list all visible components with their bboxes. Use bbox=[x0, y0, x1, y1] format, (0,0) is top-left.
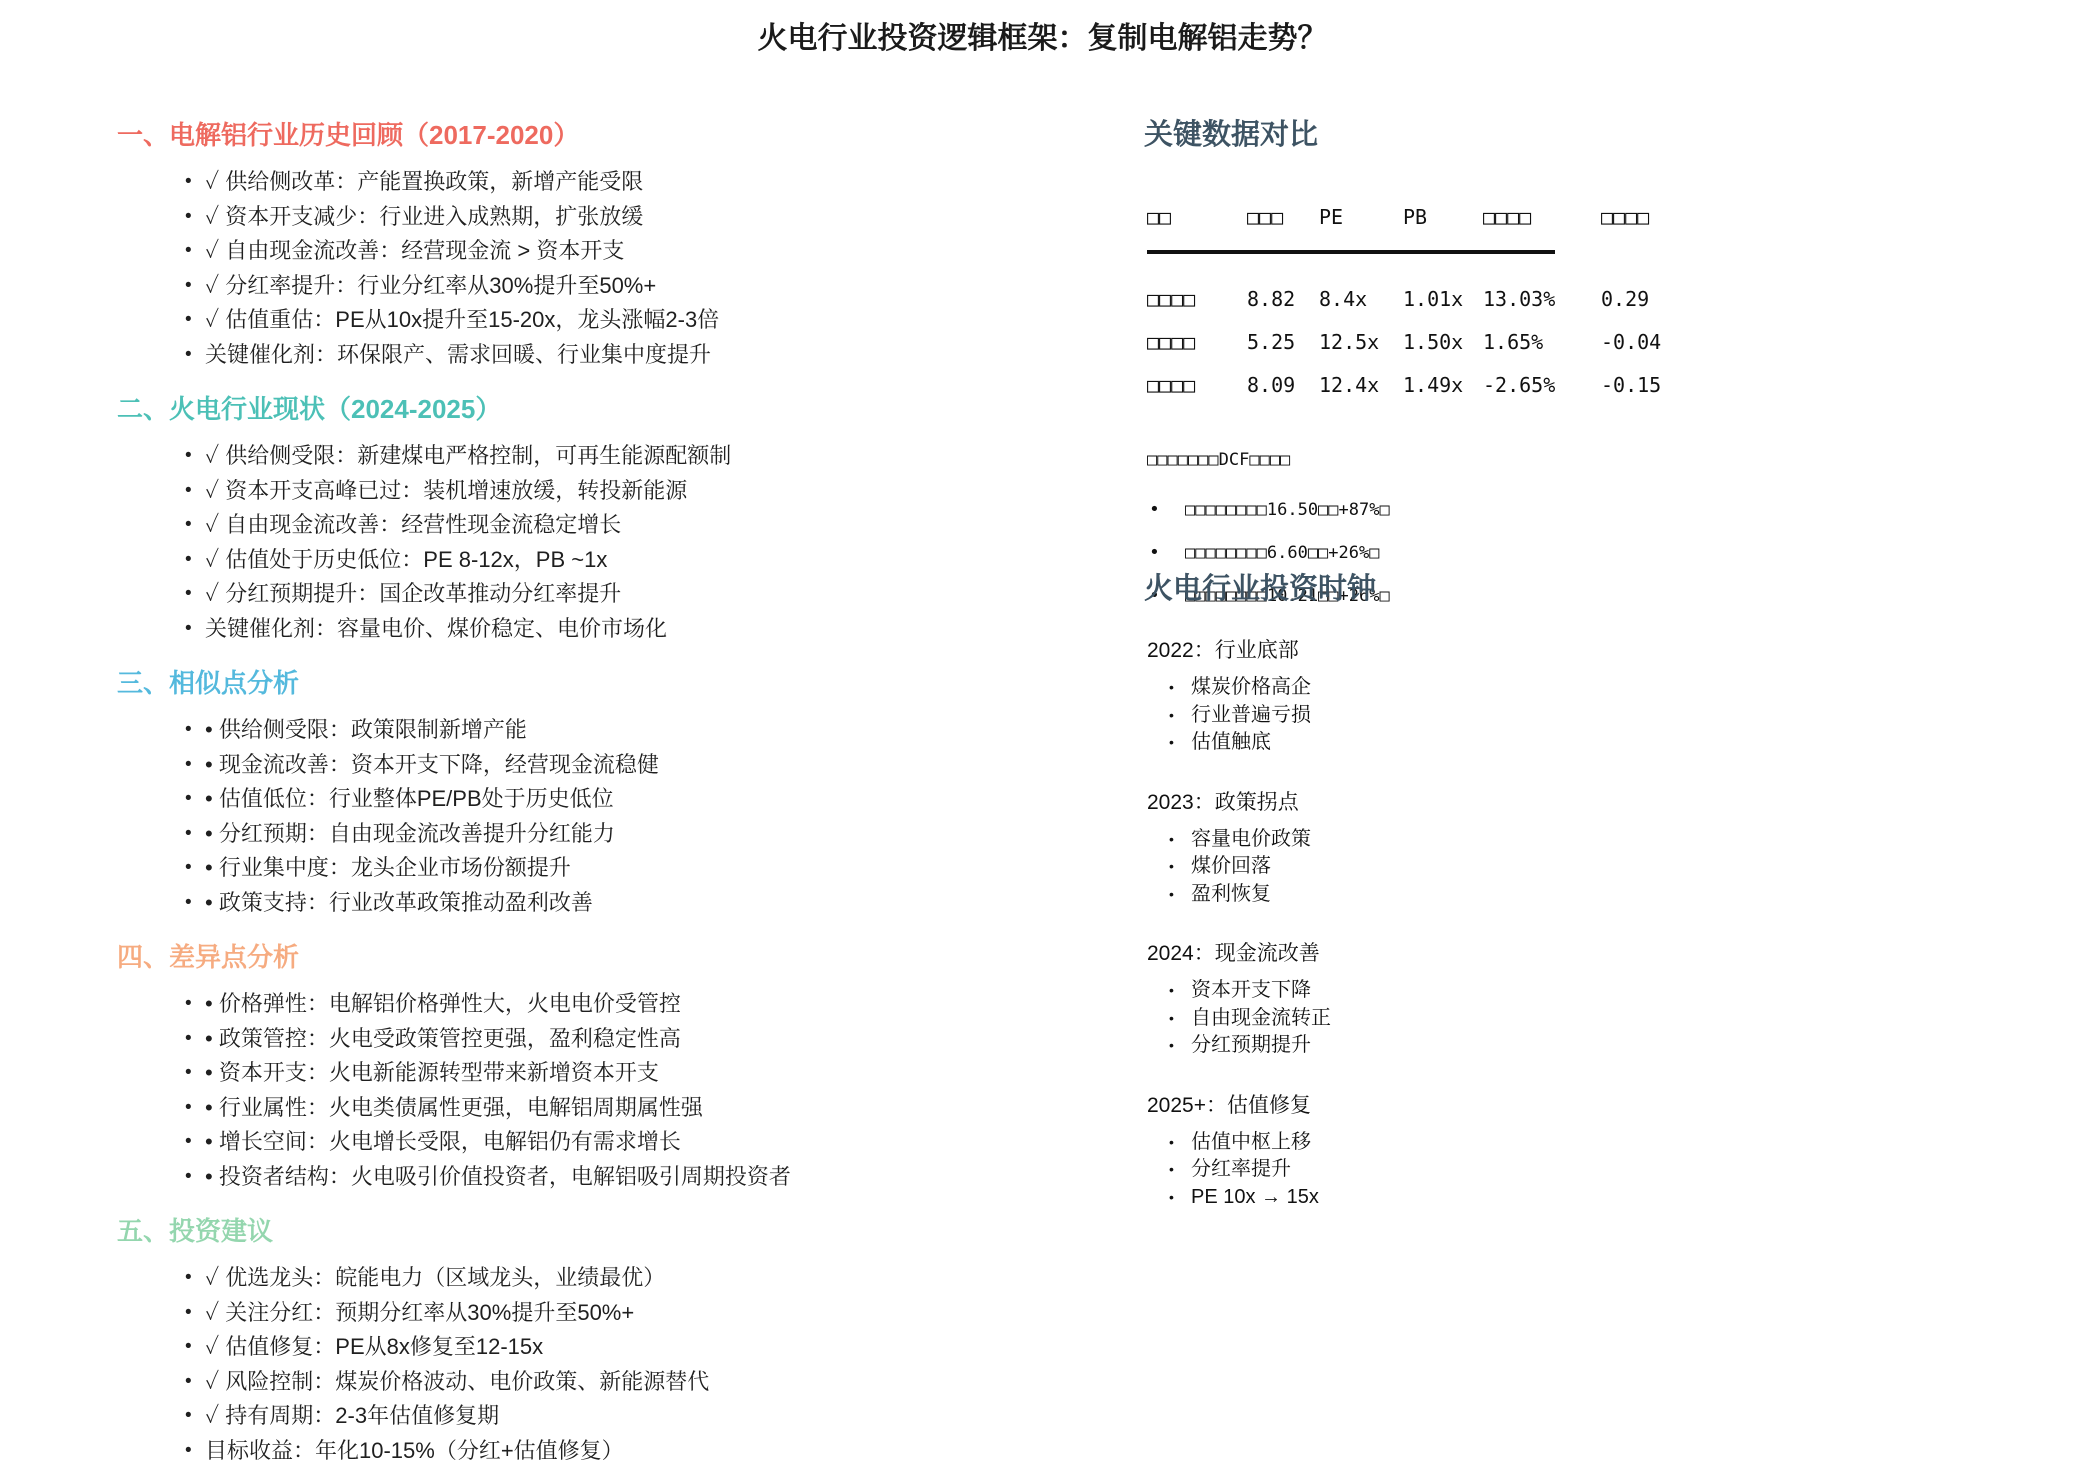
phase-item: 资本开支下降 bbox=[1147, 977, 1331, 1005]
phase-item: 煤炭价格高企 bbox=[1147, 674, 1331, 702]
table-cell: 8.82 bbox=[1247, 286, 1319, 312]
table-cell: -0.15 bbox=[1601, 372, 1691, 398]
table-header-cell: PB bbox=[1403, 204, 1483, 230]
list-item: • 政策管控：火电受政策管控更强，盈利稳定性高 bbox=[117, 1022, 1097, 1057]
phase-year: 2022：行业底部 bbox=[1147, 638, 1331, 664]
phase-item: 煤价回落 bbox=[1147, 853, 1331, 881]
list-item: ✓ 自由现金流改善：经营现金流 > 资本开支 bbox=[117, 234, 1097, 269]
list-item: • 行业属性：火电类债属性更强，电解铝周期属性强 bbox=[117, 1091, 1097, 1126]
section-list: ✓ 供给侧受限：新建煤电严格控制，可再生能源配额制 ✓ 资本开支高峰已过：装机增… bbox=[117, 439, 1097, 646]
table-cell: 12.4x bbox=[1319, 372, 1403, 398]
section-heading: 一、电解铝行业历史回顾（2017-2020） bbox=[117, 120, 1097, 151]
table-cell: 12.5x bbox=[1319, 329, 1403, 355]
dcf-item: □□□□□□□□16.50□□+87%□ bbox=[1147, 498, 1390, 522]
table-body: □□□□ 8.82 8.4x 1.01x 13.03% 0.29 □□□□ 5.… bbox=[1147, 286, 1691, 398]
table-cell: -0.04 bbox=[1601, 329, 1691, 355]
list-item: 关键催化剂：环保限产、需求回暖、行业集中度提升 bbox=[117, 338, 1097, 373]
table-cell: 1.65% bbox=[1483, 329, 1601, 355]
phase-item: 容量电价政策 bbox=[1147, 826, 1331, 854]
section-similarities: 三、相似点分析 • 供给侧受限：政策限制新增产能 • 现金流改善：资本开支下降，… bbox=[117, 668, 1097, 920]
investment-clock-heading: 火电行业投资时钟 bbox=[1144, 566, 1376, 607]
section-heading: 二、火电行业现状（2024-2025） bbox=[117, 394, 1097, 425]
table-header-cell: □□□ bbox=[1247, 204, 1319, 230]
section-list: • 供给侧受限：政策限制新增产能 • 现金流改善：资本开支下降，经营现金流稳健 … bbox=[117, 713, 1097, 920]
phase-item: 估值触底 bbox=[1147, 729, 1331, 757]
list-item: ✓ 估值重估：PE从10x提升至15-20x，龙头涨幅2-3倍 bbox=[117, 303, 1097, 338]
list-item: • 投资者结构：火电吸引价值投资者，电解铝吸引周期投资者 bbox=[117, 1160, 1097, 1195]
table-header-row: □□ □□□ PE PB □□□□ □□□□ bbox=[1147, 204, 1691, 230]
list-item: ✓ 风险控制：煤炭价格波动、电价政策、新能源替代 bbox=[117, 1365, 1097, 1400]
section-heading: 三、相似点分析 bbox=[117, 668, 1097, 699]
list-item: ✓ 供给侧改革：产能置换政策，新增产能受限 bbox=[117, 165, 1097, 200]
section-thermal-status: 二、火电行业现状（2024-2025） ✓ 供给侧受限：新建煤电严格控制，可再生… bbox=[117, 394, 1097, 646]
phase-item: 估值中枢上移 bbox=[1147, 1129, 1331, 1157]
dcf-title: □□□□□□□DCF□□□□ bbox=[1147, 448, 1390, 472]
phase-year: 2025+：估值修复 bbox=[1147, 1093, 1331, 1119]
section-list: ✓ 优选龙头：皖能电力（区域龙头，业绩最优） ✓ 关注分红：预期分红率从30%提… bbox=[117, 1261, 1097, 1468]
phase-item: PE 10x → 15x bbox=[1147, 1184, 1331, 1212]
outline-column: 一、电解铝行业历史回顾（2017-2020） ✓ 供给侧改革：产能置换政策，新增… bbox=[117, 120, 1097, 1484]
timeline-phase-2025: 2025+：估值修复 估值中枢上移 分红率提升 PE 10x → 15x bbox=[1147, 1093, 1331, 1212]
table-cell: 1.50x bbox=[1403, 329, 1483, 355]
list-item: • 资本开支：火电新能源转型带来新增资本开支 bbox=[117, 1056, 1097, 1091]
table-header-cell: PE bbox=[1319, 204, 1403, 230]
table-header-cell: □□□□ bbox=[1483, 204, 1601, 230]
table-cell: □□□□ bbox=[1147, 286, 1247, 312]
phase-item: 分红率提升 bbox=[1147, 1156, 1331, 1184]
timeline-phase-2022: 2022：行业底部 煤炭价格高企 行业普遍亏损 估值触底 bbox=[1147, 638, 1331, 757]
table-row: □□□□ 5.25 12.5x 1.50x 1.65% -0.04 bbox=[1147, 329, 1691, 355]
list-item: ✓ 资本开支减少：行业进入成熟期，扩张放缓 bbox=[117, 200, 1097, 235]
list-item: • 价格弹性：电解铝价格弹性大，火电电价受管控 bbox=[117, 987, 1097, 1022]
table-cell: 0.29 bbox=[1601, 286, 1691, 312]
section-list: • 价格弹性：电解铝价格弹性大，火电电价受管控 • 政策管控：火电受政策管控更强… bbox=[117, 987, 1097, 1194]
timeline-phase-2024: 2024：现金流改善 资本开支下降 自由现金流转正 分红预期提升 bbox=[1147, 941, 1331, 1060]
phase-list: 容量电价政策 煤价回落 盈利恢复 bbox=[1147, 826, 1331, 909]
table-row: □□□□ 8.82 8.4x 1.01x 13.03% 0.29 bbox=[1147, 286, 1691, 312]
section-differences: 四、差异点分析 • 价格弹性：电解铝价格弹性大，火电电价受管控 • 政策管控：火… bbox=[117, 942, 1097, 1194]
list-item: • 行业集中度：龙头企业市场份额提升 bbox=[117, 851, 1097, 886]
phase-year: 2024：现金流改善 bbox=[1147, 941, 1331, 967]
timeline-phase-2023: 2023：政策拐点 容量电价政策 煤价回落 盈利恢复 bbox=[1147, 790, 1331, 909]
list-item: ✓ 分红率提升：行业分红率从30%提升至50%+ bbox=[117, 269, 1097, 304]
list-item: ✓ 优选龙头：皖能电力（区域龙头，业绩最优） bbox=[117, 1261, 1097, 1296]
list-item: ✓ 供给侧受限：新建煤电严格控制，可再生能源配额制 bbox=[117, 439, 1097, 474]
table-cell: 1.01x bbox=[1403, 286, 1483, 312]
list-item: ✓ 资本开支高峰已过：装机增速放缓，转投新能源 bbox=[117, 474, 1097, 509]
list-item: ✓ 分红预期提升：国企改革推动分红率提升 bbox=[117, 577, 1097, 612]
phase-item: 行业普遍亏损 bbox=[1147, 702, 1331, 730]
list-item: 关键催化剂：容量电价、煤价稳定、电价市场化 bbox=[117, 612, 1097, 647]
table-cell: 8.4x bbox=[1319, 286, 1403, 312]
page-title: 火电行业投资逻辑框架：复制电解铝走势？ bbox=[0, 13, 2085, 57]
table-header-cell: □□□□ bbox=[1601, 204, 1691, 230]
list-item: ✓ 自由现金流改善：经营性现金流稳定增长 bbox=[117, 508, 1097, 543]
dcf-item: □□□□□□□□6.60□□+26%□ bbox=[1147, 541, 1390, 565]
key-data-table: □□ □□□ PE PB □□□□ □□□□ □□□□ 8.82 8.4x 1.… bbox=[1147, 204, 1691, 415]
list-item: • 分红预期：自由现金流改善提升分红能力 bbox=[117, 817, 1097, 852]
section-aluminum-history: 一、电解铝行业历史回顾（2017-2020） ✓ 供给侧改革：产能置换政策，新增… bbox=[117, 120, 1097, 372]
table-cell: □□□□ bbox=[1147, 329, 1247, 355]
table-header-cell: □□ bbox=[1147, 204, 1247, 230]
list-item: ✓ 估值修复：PE从8x修复至12-15x bbox=[117, 1330, 1097, 1365]
list-item: • 政策支持：行业改革政策推动盈利改善 bbox=[117, 886, 1097, 921]
table-cell: 13.03% bbox=[1483, 286, 1601, 312]
list-item: ✓ 持有周期：2-3年估值修复期 bbox=[117, 1399, 1097, 1434]
list-item: ✓ 关注分红：预期分红率从30%提升至50%+ bbox=[117, 1296, 1097, 1331]
list-item: • 增长空间：火电增长受限，电解铝仍有需求增长 bbox=[117, 1125, 1097, 1160]
phase-year: 2023：政策拐点 bbox=[1147, 790, 1331, 816]
phase-list: 估值中枢上移 分红率提升 PE 10x → 15x bbox=[1147, 1129, 1331, 1212]
list-item: • 现金流改善：资本开支下降，经营现金流稳健 bbox=[117, 748, 1097, 783]
section-heading: 四、差异点分析 bbox=[117, 942, 1097, 973]
table-cell: 1.49x bbox=[1403, 372, 1483, 398]
phase-item: 盈利恢复 bbox=[1147, 881, 1331, 909]
phase-item: 分红预期提升 bbox=[1147, 1032, 1331, 1060]
investment-clock-timeline: 2022：行业底部 煤炭价格高企 行业普遍亏损 估值触底 2023：政策拐点 容… bbox=[1147, 638, 1331, 1244]
data-compare-heading: 关键数据对比 bbox=[1144, 112, 1318, 153]
list-item: • 供给侧受限：政策限制新增产能 bbox=[117, 713, 1097, 748]
section-list: ✓ 供给侧改革：产能置换政策，新增产能受限 ✓ 资本开支减少：行业进入成熟期，扩… bbox=[117, 165, 1097, 372]
phase-list: 煤炭价格高企 行业普遍亏损 估值触底 bbox=[1147, 674, 1331, 757]
table-row: □□□□ 8.09 12.4x 1.49x -2.65% -0.15 bbox=[1147, 372, 1691, 398]
phase-item: 自由现金流转正 bbox=[1147, 1005, 1331, 1033]
table-cell: 8.09 bbox=[1247, 372, 1319, 398]
section-heading: 五、投资建议 bbox=[117, 1216, 1097, 1247]
list-item: • 估值低位：行业整体PE/PB处于历史低位 bbox=[117, 782, 1097, 817]
phase-list: 资本开支下降 自由现金流转正 分红预期提升 bbox=[1147, 977, 1331, 1060]
table-cell: □□□□ bbox=[1147, 372, 1247, 398]
list-item: 目标收益：年化10-15%（分红+估值修复） bbox=[117, 1434, 1097, 1469]
section-investment-advice: 五、投资建议 ✓ 优选龙头：皖能电力（区域龙头，业绩最优） ✓ 关注分红：预期分… bbox=[117, 1216, 1097, 1468]
table-cell: -2.65% bbox=[1483, 372, 1601, 398]
table-cell: 5.25 bbox=[1247, 329, 1319, 355]
list-item: ✓ 估值处于历史低位：PE 8-12x，PB ~1x bbox=[117, 543, 1097, 578]
table-divider bbox=[1147, 250, 1555, 254]
